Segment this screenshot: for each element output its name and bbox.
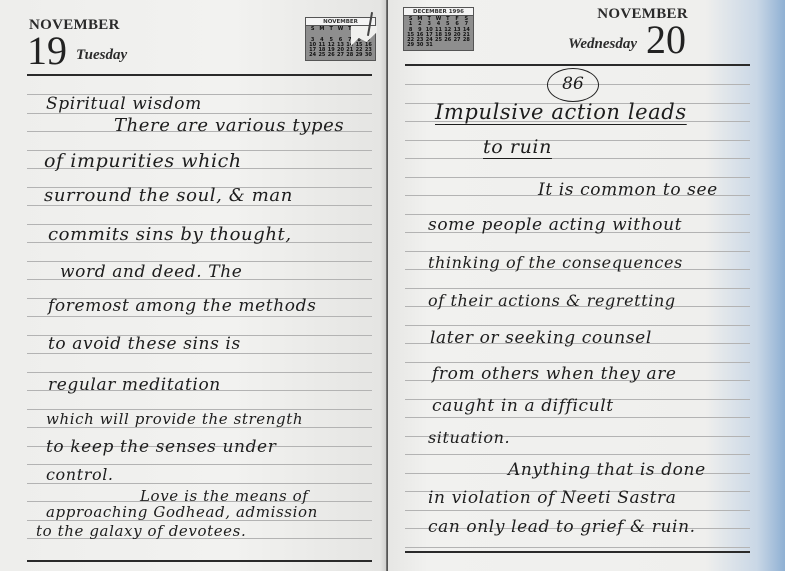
handwritten-line: word and deed. The: [60, 262, 242, 282]
handwritten-line: to keep the senses under: [46, 437, 276, 457]
left-diary-page: NOVEMBER 19 Tuesday NOVEMBER SMTWTFS1234…: [0, 0, 388, 571]
handwritten-line: to avoid these sins is: [48, 334, 241, 354]
right-weekday-label: Wednesday: [568, 36, 637, 53]
handwritten-line: of impurities which: [44, 150, 242, 172]
handwritten-line: to the galaxy of devotees.: [36, 522, 246, 540]
november-mini-calendar: NOVEMBER SMTWTFS123456789101112131415161…: [305, 17, 376, 61]
calendar-day: 30: [415, 43, 424, 48]
right-day-number: 20: [646, 20, 686, 60]
calendar-day: 29: [406, 43, 415, 48]
entry-title-line-1: Impulsive action leads: [435, 100, 687, 124]
calendar-day: 28: [462, 38, 471, 43]
handwritten-line: caught in a difficult: [432, 396, 614, 416]
handwritten-line: approaching Godhead, admission: [46, 503, 318, 521]
handwritten-line: situation.: [428, 428, 510, 447]
handwritten-line: in violation of Neeti Sastra: [428, 488, 677, 508]
ruled-line: [405, 140, 750, 141]
handwritten-line: some people acting without: [428, 215, 682, 235]
header-rule: [405, 64, 750, 66]
ruled-line: [405, 288, 750, 289]
calendar-day: 28: [345, 53, 354, 58]
december-mini-calendar: DECEMBER 1996 SMTWTFS1234567891011121314…: [403, 7, 474, 51]
handwritten-line: It is common to see: [538, 180, 718, 200]
ruled-line: [405, 547, 750, 548]
handwritten-line: regular meditation: [48, 375, 221, 395]
handwritten-line: which will provide the strength: [46, 410, 303, 428]
ruled-line: [405, 177, 750, 178]
calendar-day: 30: [364, 53, 373, 58]
handwritten-line: can only lead to grief & ruin.: [428, 517, 696, 537]
ruled-line: [405, 454, 750, 455]
circled-page-number: 86: [547, 68, 599, 102]
right-diary-page: DECEMBER 1996 SMTWTFS1234567891011121314…: [388, 0, 785, 571]
footer-rule: [405, 551, 750, 553]
calendar-day: 24: [308, 53, 317, 58]
ruled-line: [405, 251, 750, 252]
header-rule: [27, 74, 372, 76]
handwritten-line: Anything that is done: [508, 460, 706, 480]
ruled-line: [405, 510, 750, 511]
calendar-day: 26: [443, 38, 452, 43]
mini-calendar-title: NOVEMBER: [306, 18, 375, 26]
ruled-line: [27, 372, 372, 373]
ruled-line: [405, 325, 750, 326]
ruled-line: [405, 362, 750, 363]
handwritten-line: from others when they are: [432, 364, 677, 384]
calendar-day: 27: [452, 38, 461, 43]
handwritten-line: There are various types: [114, 115, 344, 136]
handwritten-line: foremost among the methods: [48, 296, 316, 316]
calendar-day: 25: [434, 38, 443, 43]
calendar-day: 29: [354, 53, 363, 58]
handwritten-line: later or seeking counsel: [430, 328, 652, 348]
mini-calendar-grid: SMTWTFS123456789101112131415161718192021…: [404, 16, 473, 50]
footer-rule: [27, 560, 372, 562]
entry-title-line-2: to ruin: [483, 136, 552, 158]
left-weekday-label: Tuesday: [76, 47, 127, 64]
calendar-day: 25: [317, 53, 326, 58]
ruled-line: [405, 158, 750, 159]
handwritten-line: thinking of the consequences: [428, 253, 683, 272]
mini-calendar-title: DECEMBER 1996: [404, 8, 473, 16]
handwritten-line: of their actions & regretting: [428, 291, 676, 310]
calendar-day: 31: [425, 43, 434, 48]
calendar-day: 26: [327, 53, 336, 58]
handwritten-line: Spiritual wisdom: [46, 94, 202, 114]
left-day-number: 19: [27, 31, 67, 71]
calendar-day: 27: [336, 53, 345, 58]
handwritten-line: control.: [46, 465, 114, 484]
ruled-line: [405, 417, 750, 418]
ruled-line: [27, 316, 372, 317]
handwritten-line: commits sins by thought,: [48, 224, 292, 245]
handwritten-line: surround the soul, & man: [44, 185, 293, 206]
